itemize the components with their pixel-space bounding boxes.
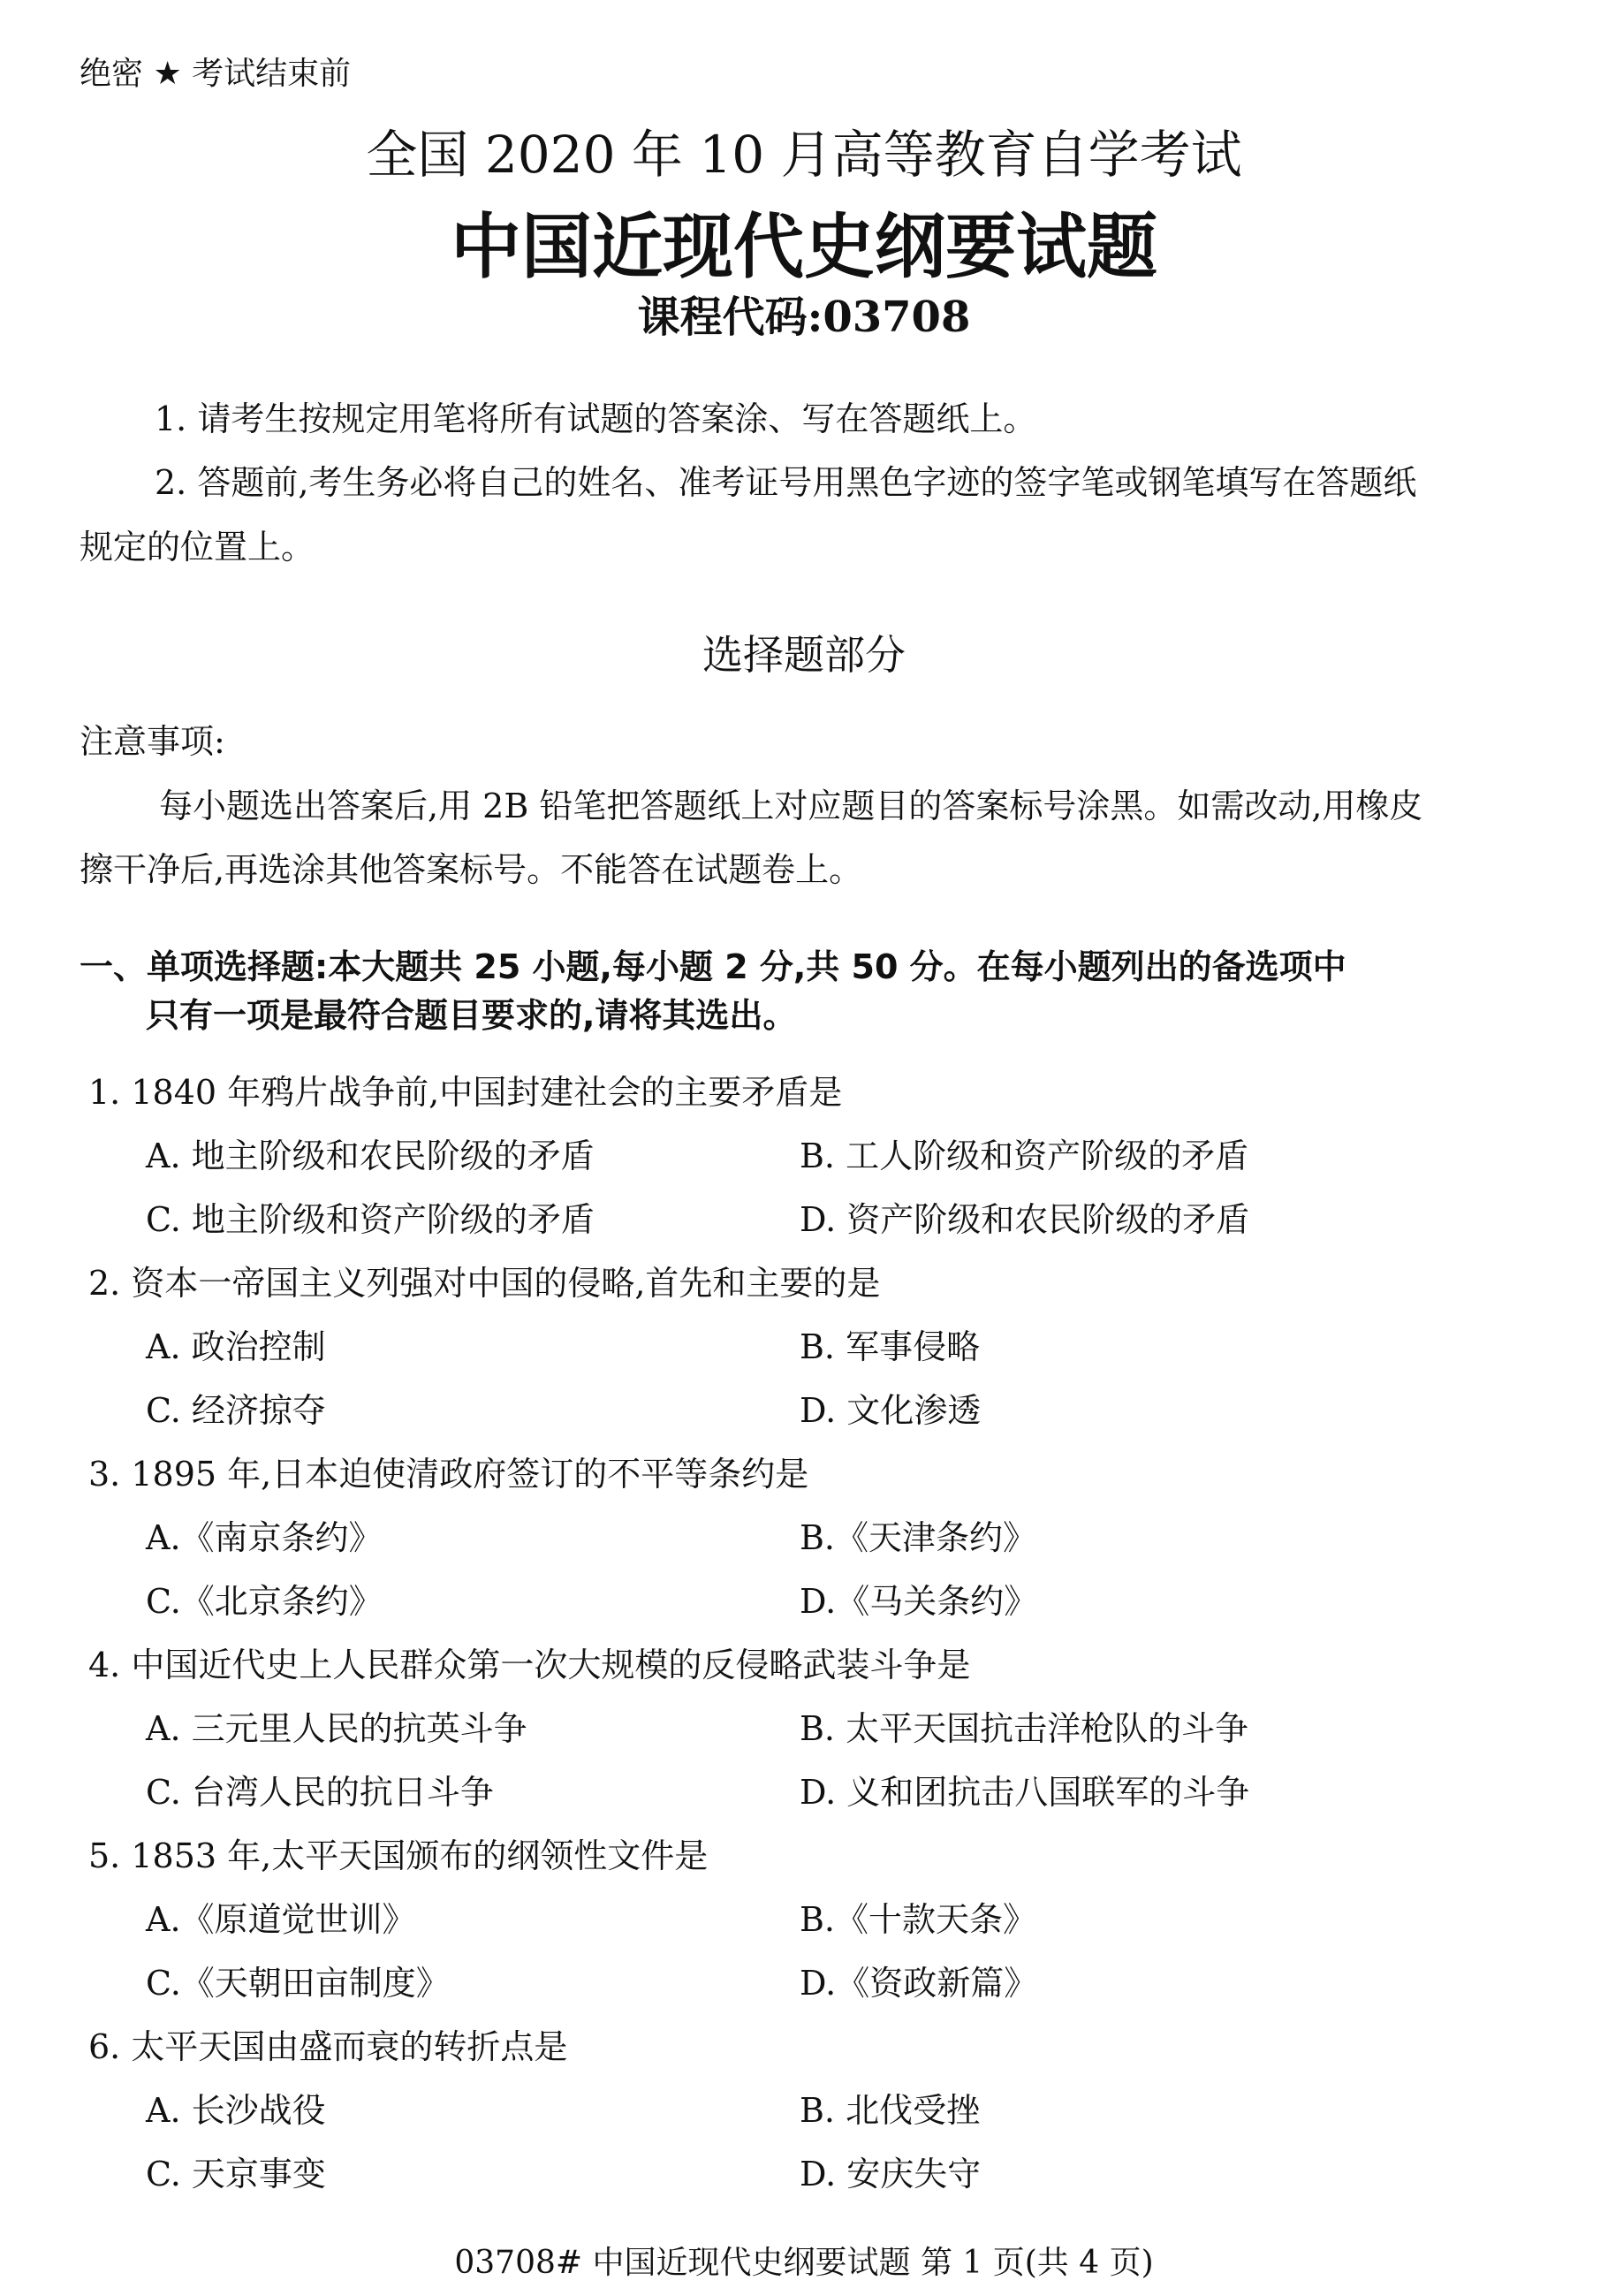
answer-option: A.《原道觉世训》 — [146, 1892, 416, 1941]
answer-option: B. 太平天国抗击洋枪队的斗争 — [800, 1701, 1248, 1750]
answer-option: C.《天朝田亩制度》 — [146, 1956, 450, 2004]
answer-option: A. 长沙战役 — [146, 2083, 326, 2132]
answer-option: C. 经济掠夺 — [146, 1383, 326, 1432]
answer-option: D.《资政新篇》 — [800, 1956, 1037, 2004]
question-stem: 1. 1840 年鸦片战争前,中国封建社会的主要矛盾是 — [88, 1065, 842, 1114]
answer-option: B. 北伐受挫 — [800, 2083, 980, 2132]
question-stem: 3. 1895 年,日本迫使清政府签订的不平等条约是 — [88, 1447, 808, 1495]
question-stem: 4. 中国近代史上人民群众第一次大规模的反侵略武装斗争是 — [88, 1638, 970, 1686]
answer-option: B.《十款天条》 — [800, 1892, 1036, 1941]
answer-option: C. 地主阶级和资产阶级的矛盾 — [146, 1192, 595, 1241]
notice-line-2: 擦干净后,再选涂其他答案标号。不能答在试题卷上。 — [80, 853, 862, 886]
answer-option: D. 资产阶级和农民阶级的矛盾 — [800, 1192, 1249, 1241]
answer-option: B. 军事侵略 — [800, 1319, 980, 1368]
notice-label: 注意事项: — [80, 725, 225, 758]
answer-option: A. 地主阶级和农民阶级的矛盾 — [146, 1129, 595, 1177]
instruction-2-cont: 规定的位置上。 — [80, 530, 315, 564]
question-stem: 6. 太平天国由盛而衰的转折点是 — [88, 2019, 567, 2068]
answer-option: D. 安庆失守 — [800, 2147, 981, 2195]
answer-option: D.《马关条约》 — [800, 1574, 1037, 1623]
part-heading-cont: 只有一项是最符合题目要求的,请将其选出。 — [146, 999, 796, 1032]
page-footer: 03708# 中国近现代史纲要试题 第 1 页(共 4 页) — [0, 2238, 1608, 2283]
question-stem: 5. 1853 年,太平天国颁布的纲领性文件是 — [88, 1828, 708, 1877]
answer-option: C. 天京事变 — [146, 2147, 326, 2195]
confidential-label: 绝密 ★ 考试结束前 — [80, 49, 351, 94]
answer-option: B.《天津条约》 — [800, 1510, 1036, 1559]
section-title: 选择题部分 — [0, 623, 1608, 681]
answer-option: C. 台湾人民的抗日斗争 — [146, 1765, 494, 1813]
answer-option: A. 三元里人民的抗英斗争 — [146, 1701, 527, 1750]
question-stem: 2. 资本一帝国主义列强对中国的侵略,首先和主要的是 — [88, 1256, 880, 1304]
subject-title: 中国近现代史纲要试题 — [0, 190, 1608, 292]
answer-option: A. 政治控制 — [146, 1319, 326, 1368]
instruction-1: 1. 请考生按规定用笔将所有试题的答案涂、写在答题纸上。 — [155, 402, 1036, 436]
course-code: 课程代码:03708 — [0, 283, 1608, 344]
answer-option: C.《北京条约》 — [146, 1574, 383, 1623]
answer-option: D. 义和团抗击八国联军的斗争 — [800, 1765, 1249, 1813]
answer-option: B. 工人阶级和资产阶级的矛盾 — [800, 1129, 1248, 1177]
instruction-2: 2. 答题前,考生务必将自己的姓名、准考证号用黑色字迹的签字笔或钢笔填写在答题纸 — [155, 466, 1416, 499]
answer-option: D. 文化渗透 — [800, 1383, 981, 1432]
answer-option: A.《南京条约》 — [146, 1510, 383, 1559]
exam-title: 全国 2020 年 10 月高等教育自学考试 — [0, 113, 1608, 187]
part-heading: 一、单项选择题:本大题共 25 小题,每小题 2 分,共 50 分。在每小题列出… — [80, 950, 1346, 984]
notice-line-1: 每小题选出答案后,用 2B 铅笔把答题纸上对应题目的答案标号涂黑。如需改动,用橡… — [159, 789, 1422, 823]
